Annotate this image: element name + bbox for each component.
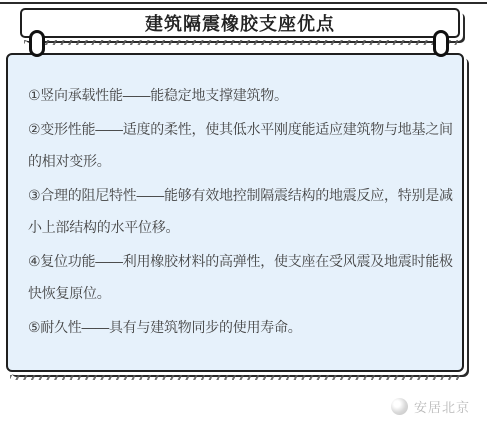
- advantage-item-5: ⑤耐久性——具有与建筑物同步的使用寿命。: [28, 311, 454, 343]
- advantage-item-4: ④复位功能——利用橡胶材料的高弹性，使支座在受风震及地震时能极快恢复原位。: [28, 245, 454, 309]
- right-connector-clip: [433, 30, 449, 57]
- panel-stitch-seam: [10, 375, 462, 380]
- watermark: 安居北京: [391, 397, 470, 416]
- watermark-logo-icon: [391, 398, 408, 415]
- watermark-label: 安居北京: [414, 397, 470, 416]
- top-rod-line: [0, 2, 487, 4]
- left-connector-clip: [29, 30, 45, 57]
- banner-stitch-seam: [24, 40, 458, 45]
- advantages-panel: ①竖向承载性能——能稳定地支撑建筑物。 ②变形性能——适度的柔性，使其低水平刚度…: [6, 53, 464, 372]
- page-title: 建筑隔震橡胶支座优点: [145, 10, 335, 36]
- advantage-item-2: ②变形性能——适度的柔性，使其低水平刚度能适应建筑物与地基之间的相对变形。: [28, 113, 454, 177]
- title-banner: 建筑隔震橡胶支座优点: [20, 8, 460, 38]
- advantage-item-3: ③合理的阻尼特性——能够有效地控制隔震结构的地震反应，特别是减小上部结构的水平位…: [28, 179, 454, 243]
- advantages-list: ①竖向承载性能——能稳定地支撑建筑物。 ②变形性能——适度的柔性，使其低水平刚度…: [8, 55, 462, 343]
- advantage-item-1: ①竖向承载性能——能稳定地支撑建筑物。: [28, 79, 454, 111]
- infographic-card: 建筑隔震橡胶支座优点 ①竖向承载性能——能稳定地支撑建筑物。 ②变形性能——适度…: [0, 0, 487, 425]
